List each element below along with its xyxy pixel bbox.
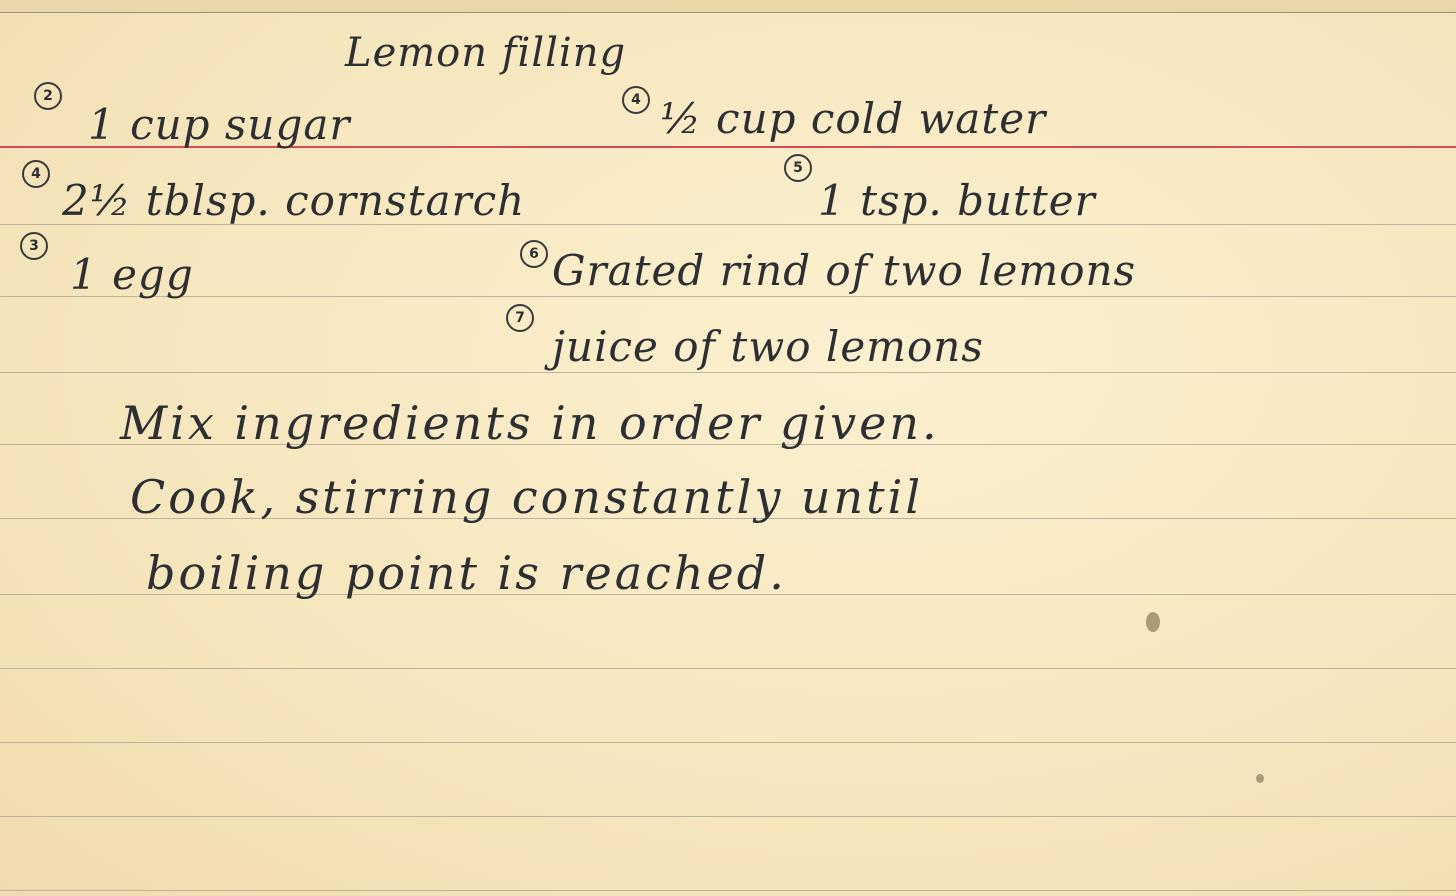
order-marker: 5 bbox=[784, 154, 812, 182]
ingredient-lemon-rind: Grated rind of two lemons bbox=[552, 246, 1136, 295]
ruled-line bbox=[0, 816, 1456, 817]
order-marker: 4 bbox=[22, 160, 50, 188]
ruled-line bbox=[0, 742, 1456, 743]
stain-spot bbox=[1256, 774, 1264, 783]
instruction-line: boiling point is reached. bbox=[146, 546, 787, 600]
stain-spot bbox=[1146, 612, 1160, 632]
order-marker: 7 bbox=[506, 304, 534, 332]
order-marker: 4 bbox=[622, 86, 650, 114]
ruled-line bbox=[0, 668, 1456, 669]
ruled-line bbox=[0, 890, 1456, 891]
ingredient-butter: 1 tsp. butter bbox=[818, 176, 1096, 225]
order-marker: 2 bbox=[34, 82, 62, 110]
card-top-edge bbox=[0, 0, 1456, 13]
order-marker: 3 bbox=[20, 232, 48, 260]
recipe-title: Lemon filling bbox=[345, 30, 626, 76]
ingredient-egg: 1 egg bbox=[70, 250, 194, 299]
instruction-line: Mix ingredients in order given. bbox=[120, 396, 940, 450]
ruled-line bbox=[0, 296, 1456, 297]
order-marker: 6 bbox=[520, 240, 548, 268]
ingredient-cornstarch: 2½ tblsp. cornstarch bbox=[62, 176, 525, 225]
recipe-card: Lemon filling 2 1 cup sugar 4 ½ cup cold… bbox=[0, 0, 1456, 896]
instruction-line: Cook, stirring constantly until bbox=[130, 470, 923, 524]
ruled-line bbox=[0, 372, 1456, 373]
ingredient-water: ½ cup cold water bbox=[660, 94, 1046, 143]
ingredient-lemon-juice: juice of two lemons bbox=[552, 322, 984, 371]
ingredient-sugar: 1 cup sugar bbox=[88, 100, 351, 149]
